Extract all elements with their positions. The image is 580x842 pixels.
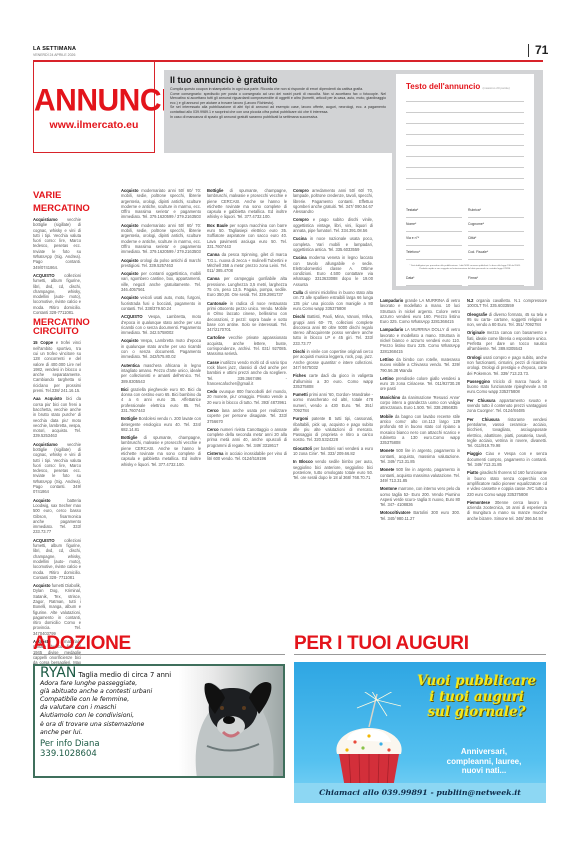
cupcake-icon [329, 692, 409, 792]
classified-ad: Motocoltivatore Bartolini 300 euro 300. … [380, 510, 460, 521]
classified-ad: Furgoni patente B tutti tipi, cassonati,… [293, 416, 373, 442]
section-mercatino: MERCATINO [33, 204, 81, 213]
classified-ad: ACQUISTO collezioni fumetti, album figur… [33, 538, 81, 580]
classified-ad: ACQUISTO collezioni fumetti, album figur… [33, 273, 81, 315]
ad-text-line[interactable] [406, 102, 524, 113]
classified-ad: Acquisto fumetti Diabolik, Dylan Dog, Kr… [33, 583, 81, 636]
classified-ad: ACQUISTO Vespa, Lambretta, moto d'epoca … [121, 314, 201, 335]
classified-ad: Cerco numeri rivista Canottaggio o annat… [207, 427, 287, 448]
classified-ad: Fiches carte dadi da gioco in valigetta … [293, 373, 373, 389]
classified-ad: Manichino da rianimazione 'Resusci Anne'… [380, 395, 460, 411]
classified-ad: Passeggino triciclo di marca hauck in bu… [467, 379, 547, 395]
privacy-note: * Dati obbligatori per procedere alla pu… [406, 265, 524, 271]
contact-label: Per info Diana [40, 739, 171, 750]
classified-ad: Bici graziella pieghevole euro 60. Bici … [121, 387, 201, 413]
auguri-divider [294, 654, 546, 655]
publication-name: LA SETTIMANA [33, 46, 76, 52]
classified-ad: Acquisto modernariato anni 50/ 60/ 70: m… [121, 223, 201, 255]
ad-coupon-form: Testo dell'annuncio (massimo 20 parole) … [396, 74, 534, 286]
classified-ad: Fumetti primi anni '60, Gordon- Mandrake… [293, 392, 373, 413]
adoption-ad: RYAN Taglia medio di circa 7 anni Adora … [33, 664, 285, 778]
ad-text-line[interactable] [406, 91, 524, 102]
field-testata[interactable]: Testata* [406, 208, 462, 218]
page-number: 71 [528, 44, 548, 57]
dog-photo-icon [187, 674, 277, 778]
column-3: Bottiglie di spumante, champagne, lambru… [207, 188, 287, 465]
classified-ad: Acquisto modernariato anni 50/ 60/ 70: m… [121, 188, 201, 220]
classified-ad: Giocattoli per bambini vari vendesi a eu… [293, 446, 373, 457]
classified-ad: Box Baule per sopra macchina con barre e… [207, 223, 287, 249]
promo-contact[interactable]: Chiamaci allo 039.99891 - publiin@netwee… [294, 783, 546, 803]
info-paragraph: Come consegnarlo: spediscilo per posta o… [170, 92, 386, 106]
classified-ad: Lampadario LA MURRINA DOLLY di vetro lav… [380, 327, 460, 353]
classified-ad: Monete 500 lire in argento, pagamento in… [380, 467, 460, 483]
adoption-line: Aiutiamolo con le condivisioni, [40, 712, 171, 720]
coupon-subtitle: (massimo 20 parole) [482, 86, 509, 90]
dog-name: RYAN [40, 665, 76, 681]
field-data[interactable]: Data* [406, 276, 462, 286]
promo-occasions: Anniversari, compleanni, lauree, nuovi n… [424, 747, 544, 776]
adoption-line: è ora di trovare una sistemazione [40, 721, 171, 729]
ad-text-line[interactable] [406, 157, 524, 168]
classified-ad: Aaa Acquisto bici da corsa piu' bici con… [33, 396, 81, 438]
classified-ad: Cisterna in acciaio inossidabile per vin… [207, 451, 287, 462]
classified-ad: Lampadario grande LA MURRINA di vetro la… [380, 298, 460, 324]
classified-ad: Montone marrone, con interno vero pelo d… [380, 486, 460, 507]
classified-ad: Casse inutilizzo vendo molti cd di vario… [207, 360, 287, 386]
field-via[interactable]: Via e n°* [406, 236, 462, 246]
classified-ad: Cucina in noce nazionale usata poco, com… [293, 236, 373, 252]
contact-phone[interactable]: 339.1028604 [40, 749, 171, 760]
issue-date: VENERDÌ 24 APRILE 2026 [33, 53, 76, 57]
website-link[interactable]: www.ilmercato.eu [34, 119, 154, 131]
section-auguri: PER I TUOI AUGURI [294, 633, 469, 655]
classified-ad: Lettino prendisole colore giallo vendesi… [380, 376, 460, 392]
info-paragraph: In caso di mancanza di spazio gli annunc… [170, 115, 386, 120]
adoption-contact: Per info Diana 339.1028604 [40, 739, 171, 760]
classified-ad: Lettino da bimbo con rotelle, materasso … [380, 357, 460, 373]
classified-ad: Cedo ovunque 800 francobolli del mondo, … [207, 389, 287, 405]
ad-text-line[interactable] [406, 124, 524, 135]
section-mercatino-circuito: MERCATINO CIRCUITO [33, 318, 81, 336]
field-firma[interactable]: Firma* [468, 276, 524, 286]
info-paragraph: Compila questo coupon in stampatello in … [170, 87, 386, 92]
info-title: Il tuo annuncio è gratuito [170, 75, 386, 85]
column-5: Lampadario grande LA MURRINA di vetro la… [380, 298, 460, 524]
field-rubrica[interactable]: Rubrica* [468, 208, 524, 218]
annunci-brand-box: ANNUNCI www.ilmercato.eu [33, 62, 155, 153]
field-cod-fiscale[interactable]: Cod. Fiscale* [468, 250, 524, 260]
ad-text-line[interactable] [406, 146, 524, 157]
classified-ad: Culla di vimini midollino in buono stato… [293, 290, 373, 311]
classified-ad: Per Chiusura appartamento svuoto e svend… [467, 398, 547, 414]
auguri-promo-ad[interactable]: Vuoi pubblicare i tuoi auguri sul giorna… [294, 662, 546, 803]
section-varie: VARIE [33, 191, 81, 200]
coupon-sign-fields: Data* Firma* [406, 276, 524, 286]
classified-ad: In Blocco vendo sedile bimbo per auto, s… [293, 459, 373, 480]
adoption-line: anche per lui. [40, 729, 171, 737]
classified-ad: Oleografie di diverso formato, 45 su tel… [467, 312, 547, 328]
classified-ad: Dischi in vinile con copertine originali… [293, 349, 373, 370]
classified-ad: Compro arredamento anni 50/ 60/ 70, lamp… [293, 188, 373, 214]
annunci-title: ANNUNCI [34, 83, 154, 119]
classified-ad: Acquisto Vespa, Lambretta moto d'epoca i… [121, 338, 201, 359]
classified-ad: Cantonale in radica di noce restaurato p… [207, 301, 287, 333]
field-cognome[interactable]: Cognome* [468, 222, 524, 232]
classified-ad: Monete 500 lire in argento, pagamento in… [380, 448, 460, 464]
masthead: LA SETTIMANA VENERDÌ 24 APRILE 2026 [33, 46, 76, 57]
dog-headline: Taglia medio di circa 7 anni [78, 671, 171, 679]
field-telefono[interactable]: Telefono* [406, 250, 462, 260]
classified-ad: Compro e pago subito dischi vinile, ogge… [293, 217, 373, 233]
column-6: N.2 organia cavalletto. N.1 compressore … [467, 298, 547, 524]
classified-ad: Cucina moderna veneta in legno laccato c… [293, 255, 373, 287]
classified-ad: Canna da pesca Spinning, gilet di marca … [207, 252, 287, 273]
classified-ad: Bottiglie Bordolesi vendo n. 200 lavate … [121, 416, 201, 432]
classified-ad: Acquistiamo vecchie bottiglie (sigillate… [33, 442, 81, 495]
classified-ad: Bottiglie di spumante, champagne, lambru… [121, 435, 201, 467]
classified-ad: Acquisto per contanti oggettistica, mobi… [121, 271, 201, 292]
ad-text-line[interactable] [406, 113, 524, 124]
classified-ad: Acquisto veicoli usati auto, moto, furgo… [121, 295, 201, 311]
classified-ad: Dischi Battisti, Paoli, Mina, Vanoni, Mi… [293, 314, 373, 346]
free-ad-info-box: Il tuo annuncio è gratuito Compila quest… [164, 70, 392, 153]
classified-ad: Acquistiamo vecchie bottiglie (sigillate… [33, 217, 81, 270]
classified-ad: N.2 organia cavalletto. N.1 compressore … [467, 298, 547, 309]
ad-text-line[interactable] [406, 179, 524, 190]
adoption-text: RYAN Taglia medio di circa 7 anni Adora … [40, 669, 171, 760]
ad-text-line[interactable] [406, 168, 524, 179]
classified-ad: Mobile da bagno con lavabo recente stile… [380, 414, 460, 446]
classified-ad: Autentica maschera africana in legno int… [121, 363, 201, 384]
coupon-title: Testo dell'annuncio (massimo 20 parole) [406, 82, 524, 91]
classified-ad: Canoa per campeggio gonfiabile alta pres… [207, 276, 287, 297]
classified-ad: Piaggio Ciao e Vespa con e senza documen… [467, 451, 547, 467]
column-1: VARIE MERCATINO Acquistiamo vecchie bott… [33, 188, 81, 674]
classified-ad: Acquisto orologi da polso antichi di mar… [121, 258, 201, 269]
section-adozione: ADOZIONE [33, 633, 131, 655]
classified-ad: 15 Coppe e trofei vinci nell'ambito spor… [33, 340, 81, 393]
column-4: Compro arredamento anni 50/ 60/ 70, lamp… [293, 188, 373, 484]
classified-ad: Cartoline vecchie private appassionato a… [207, 335, 287, 356]
field-citta[interactable]: Città* [468, 236, 524, 246]
field-nome[interactable]: Nome* [406, 222, 462, 232]
classified-ad: Per Chiusura ristorante vendesi pentolam… [467, 417, 547, 449]
adoption-line: Adora fare lunghe passeggiate, [40, 680, 171, 688]
classified-ad: Piemontese 30enne cerca lavoro in aziend… [467, 500, 547, 521]
classified-ad: Piatto giradischi thorens td 160 funzion… [467, 470, 547, 496]
classified-ad: Bottiglie di spumante, champagne, lambru… [207, 188, 287, 220]
adozione-divider [33, 654, 285, 655]
classified-ad: Originale mezza canoa con basamento e fi… [467, 330, 547, 351]
classified-ad: Cerco lana anche usata per realizzare co… [207, 408, 287, 424]
classified-ad: Orologi usati compro e pago subito, anch… [467, 355, 547, 376]
classified-ad: Acquisto batteria Loodwig, sax Secher ma… [33, 498, 81, 535]
column-2: Acquisto modernariato anni 50/ 60/ 70: m… [121, 188, 201, 470]
info-paragraph: Se sei interessato alla pubblicazione di… [170, 105, 386, 114]
promo-question: Vuoi pubblicare i tuoi auguri sul giorna… [414, 674, 539, 721]
coupon-fields: Testata* Rubrica* Nome* Cognome* Via e n… [406, 208, 524, 260]
ad-text-line[interactable] [406, 135, 524, 146]
